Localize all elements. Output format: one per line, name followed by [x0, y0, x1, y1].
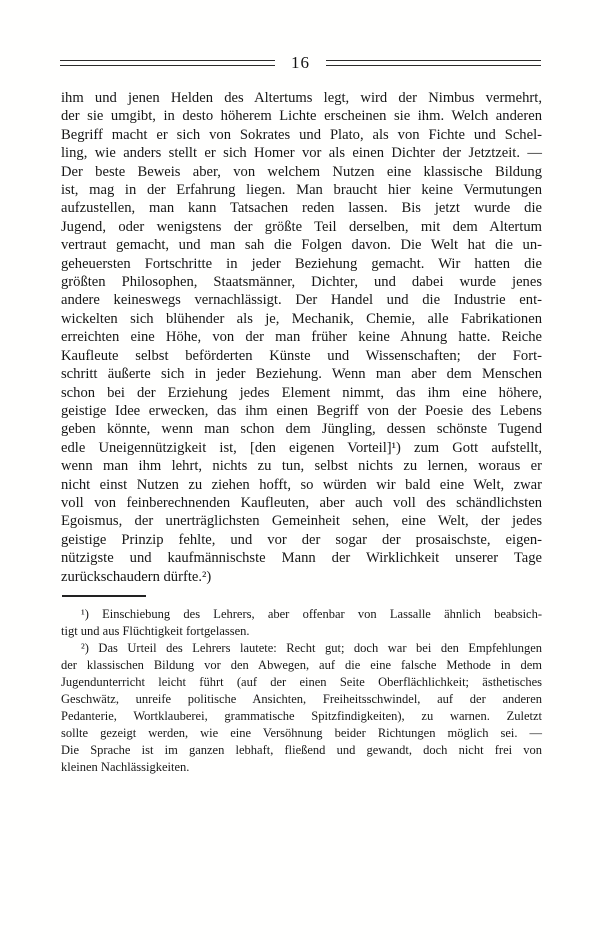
footnotes: ¹) Einschiebung des Lehrers, aber offenb… — [61, 606, 542, 776]
footnote-line: Pedanterie, Wortklauberei, grammatische … — [61, 708, 542, 725]
text-line: geben könnte, wenn man schon dem Jünglin… — [61, 420, 542, 438]
header-rule-left — [60, 60, 275, 66]
text-line: aufzustellen, man kann Tatsachen reden l… — [61, 199, 542, 217]
book-page: 16 ihm und jenen Helden des Altertums le… — [0, 0, 600, 940]
text-line: Kaufleute selbst beförderten Künste und … — [61, 347, 542, 365]
text-line: voll von feinberechnenden Kaufleuten, ab… — [61, 494, 542, 512]
text-line: edle Uneigennützigkeit ist, [den eigenen… — [61, 439, 542, 457]
text-line: ist, mag in der Erfahrung liegen. Man br… — [61, 181, 542, 199]
footnote-line: sollte gezeigt werden, wie eine Versöhnu… — [61, 725, 542, 742]
running-header: 16 — [60, 54, 541, 71]
footnote-line: Die Sprache ist im ganzen lebhaft, fließ… — [61, 742, 542, 759]
text-line: vertraut gemacht, und man sah die Folgen… — [61, 236, 542, 254]
footnote-line: der klassischen Bildung vor den Abwegen,… — [61, 657, 542, 674]
footnote-line: Geschwätz, unreife politische Ansichten,… — [61, 691, 542, 708]
text-line: nicht einst Nutzen zu ziehen hofft, so w… — [61, 476, 542, 494]
footnote-line: Jugendunterricht leicht führt (auf der e… — [61, 674, 542, 691]
main-text: ihm und jenen Helden des Altertums legt,… — [61, 89, 542, 586]
footnote-line: ¹) Einschiebung des Lehrers, aber offenb… — [61, 606, 542, 623]
text-line: wickelten sich blühender als je, Mechani… — [61, 310, 542, 328]
footnote-line: tigt und aus Flüchtigkeit fortgelassen. — [61, 623, 542, 640]
footnote-line: kleinen Nachlässigkeiten. — [61, 759, 542, 776]
text-line: erreichten eine Höhe, von der man früher… — [61, 328, 542, 346]
header-rule-right — [326, 60, 541, 66]
text-line: größten Philosophen, Staatsmänner, Dicht… — [61, 273, 542, 291]
text-line: schritt äußerte sich in jeder Beziehung.… — [61, 365, 542, 383]
text-line: wenn man ihm lehrt, nichts zu tun, selbs… — [61, 457, 542, 475]
text-line: ling, wie anders stellt er sich Homer vo… — [61, 144, 542, 162]
text-line: geistige Idee erwecken, das ihm einen Be… — [61, 402, 542, 420]
text-line: geheuersten Fortschritte in jeder Bezieh… — [61, 255, 542, 273]
text-line: schon bei der Erziehung jedes Element ni… — [61, 384, 542, 402]
text-line: nützigste und kaufmännischste Mann der W… — [61, 549, 542, 567]
text-line: geistige Prinzip fehlte, und vor der sog… — [61, 531, 542, 549]
text-line: ihm und jenen Helden des Altertums legt,… — [61, 89, 542, 107]
text-line: zurückschaudern dürfte.²) — [61, 568, 542, 586]
text-line: Egoismus, der unerträglichsten Gemeinhei… — [61, 512, 542, 530]
footnote-separator — [62, 595, 146, 597]
page-number: 16 — [289, 54, 312, 71]
text-line: andere keineswegs vernachlässigt. Der Ha… — [61, 291, 542, 309]
text-line: Begriff macht er sich von Sokrates und P… — [61, 126, 542, 144]
text-line: Jugend, oder wenigstens der größte Teil … — [61, 218, 542, 236]
text-line: Der beste Beweis aber, von welchem Nutze… — [61, 163, 542, 181]
text-line: der sie umgibt, in desto höherem Lichte … — [61, 107, 542, 125]
footnote-line: ²) Das Urteil des Lehrers lautete: Recht… — [61, 640, 542, 657]
